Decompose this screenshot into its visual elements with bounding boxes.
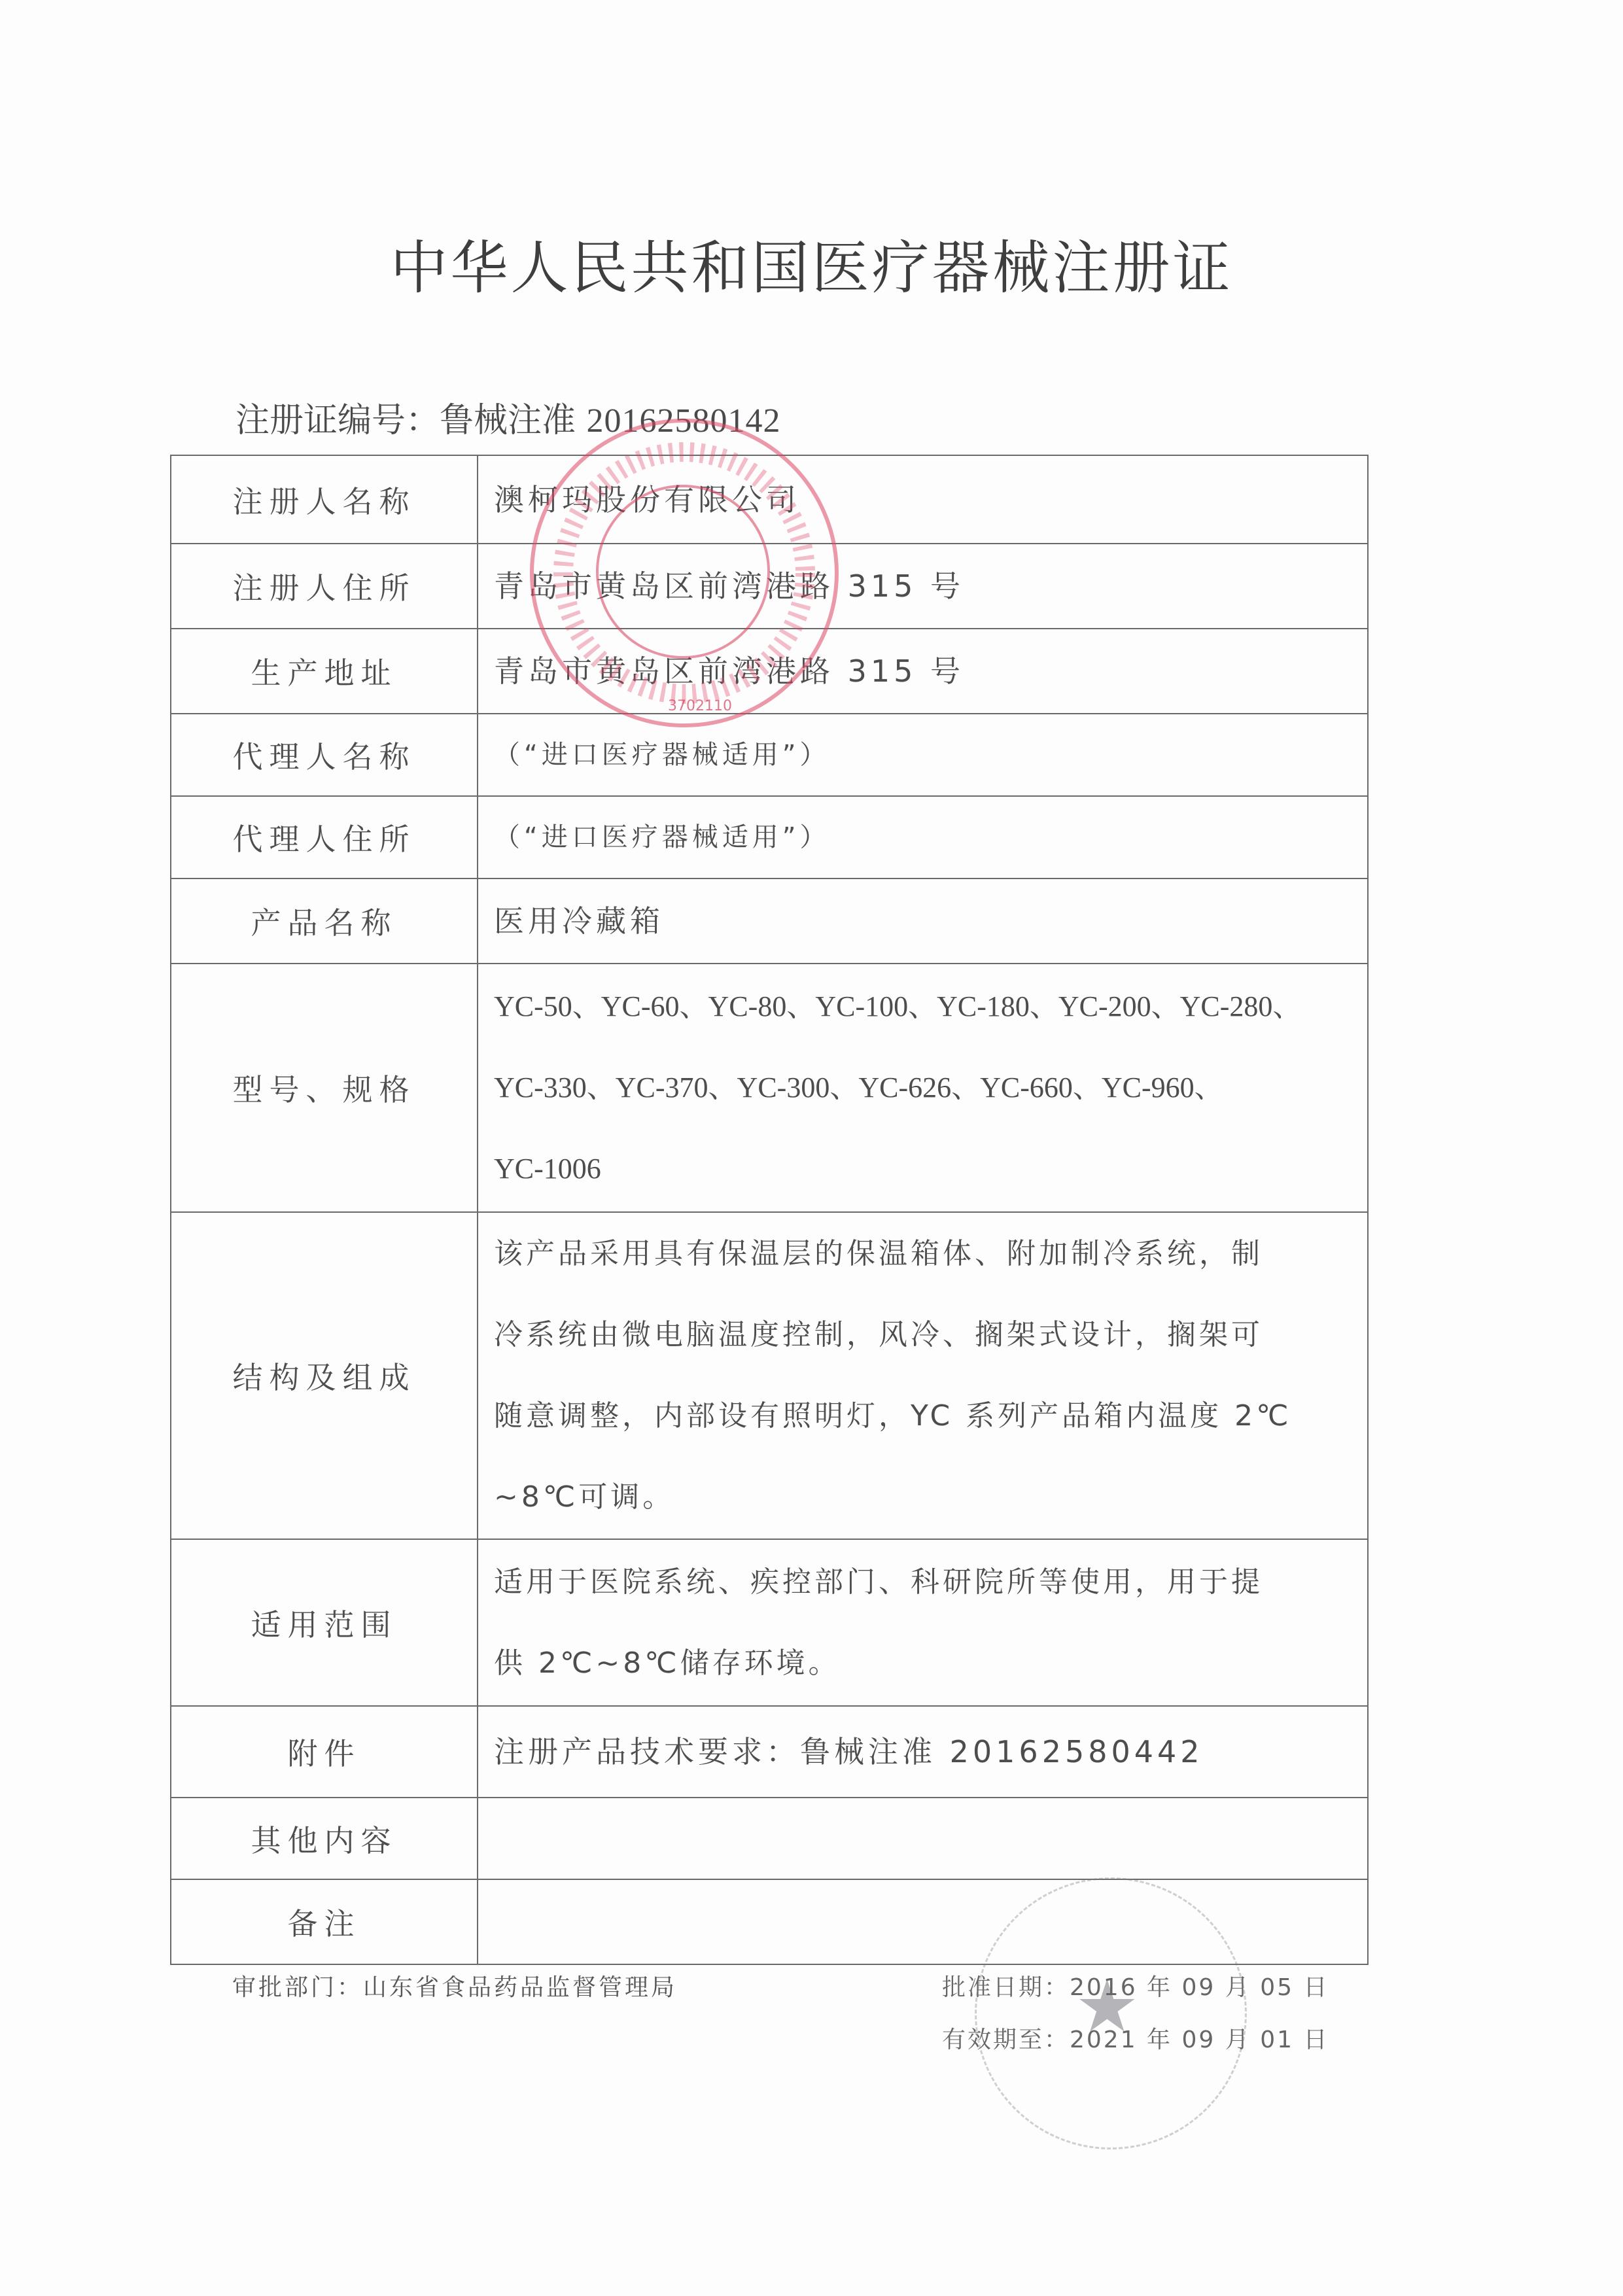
row-label-production-address: 生产地址 [171,629,478,714]
structure-line: 随意调整，内部设有照明灯，YC 系列产品箱内温度 2℃ [494,1376,1354,1457]
model-spec-line: YC-330、YC-370、YC-300、YC-626、YC-660、YC-96… [494,1047,1354,1128]
row-value-registrant-name: 澳柯玛股份有限公司 [478,455,1368,544]
model-spec-line: YC-50、YC-60、YC-80、YC-100、YC-180、YC-200、Y… [494,966,1354,1047]
row-value-agent-address: （“进口医疗器械适用”） [478,796,1368,878]
registration-number-label: 注册证编号： [236,401,440,440]
row-value-other [478,1798,1368,1879]
structure-line: ~8℃可调。 [494,1457,1354,1538]
row-value-structure: 该产品采用具有保温层的保温箱体、附加制冷系统，制 冷系统由微电脑温度控制，风冷、… [478,1212,1368,1539]
scope-line: 供 2℃~8℃储存环境。 [494,1623,1354,1704]
table-row: 附件 注册产品技术要求：鲁械注准 20162580442 [171,1706,1368,1798]
row-value-model-spec: YC-50、YC-60、YC-80、YC-100、YC-180、YC-200、Y… [478,964,1368,1212]
row-value-agent-name: （“进口医疗器械适用”） [478,714,1368,796]
row-label-product-name: 产品名称 [171,878,478,964]
row-label-agent-name: 代理人名称 [171,714,478,796]
certificate-title: 中华人民共和国医疗器械注册证 [0,222,1623,305]
table-row: 注册人住所 青岛市黄岛区前湾港路 315 号 [171,544,1368,629]
structure-line: 冷系统由微电脑温度控制，风冷、搁架式设计，搁架可 [494,1295,1354,1376]
row-label-structure: 结构及组成 [171,1212,478,1539]
registration-number: 注册证编号：鲁械注准 20162580142 [236,392,781,442]
row-value-product-name: 医用冷藏箱 [478,878,1368,964]
table-row: 型号、规格 YC-50、YC-60、YC-80、YC-100、YC-180、YC… [171,964,1368,1212]
row-label-registrant-name: 注册人名称 [171,455,478,544]
certificate-table: 注册人名称 澳柯玛股份有限公司 注册人住所 青岛市黄岛区前湾港路 315 号 生… [170,455,1369,1965]
valid-until-date: 有效期至：2021 年 09 月 01 日 [942,2021,1329,2055]
row-value-scope: 适用于医院系统、疾控部门、科研院所等使用，用于提 供 2℃~8℃储存环境。 [478,1539,1368,1706]
row-label-scope: 适用范围 [171,1539,478,1706]
registration-number-value: 20162580142 [587,402,781,440]
row-value-attachment: 注册产品技术要求：鲁械注准 20162580442 [478,1706,1368,1798]
row-label-other: 其他内容 [171,1798,478,1879]
table-row: 代理人名称 （“进口医疗器械适用”） [171,714,1368,796]
table-row: 适用范围 适用于医院系统、疾控部门、科研院所等使用，用于提 供 2℃~8℃储存环… [171,1539,1368,1706]
table-row: 备注 [171,1879,1368,1964]
row-label-attachment: 附件 [171,1706,478,1798]
row-label-model-spec: 型号、规格 [171,964,478,1212]
table-row: 其他内容 [171,1798,1368,1879]
approval-date: 批准日期：2016 年 09 月 05 日 [942,1969,1329,2002]
table-row: 代理人住所 （“进口医疗器械适用”） [171,796,1368,878]
row-label-agent-address: 代理人住所 [171,796,478,878]
table-row: 注册人名称 澳柯玛股份有限公司 [171,455,1368,544]
row-label-remarks: 备注 [171,1879,478,1964]
structure-line: 该产品采用具有保温层的保温箱体、附加制冷系统，制 [494,1213,1354,1295]
model-spec-line: YC-1006 [494,1128,1354,1209]
registration-number-prefix: 鲁械注准 [440,401,587,440]
row-label-registrant-address: 注册人住所 [171,544,478,629]
table-row: 产品名称 医用冷藏箱 [171,878,1368,964]
table-row: 结构及组成 该产品采用具有保温层的保温箱体、附加制冷系统，制 冷系统由微电脑温度… [171,1212,1368,1539]
table-row: 生产地址 青岛市黄岛区前湾港路 315 号 [171,629,1368,714]
row-value-registrant-address: 青岛市黄岛区前湾港路 315 号 [478,544,1368,629]
row-value-production-address: 青岛市黄岛区前湾港路 315 号 [478,629,1368,714]
row-value-remarks [478,1879,1368,1964]
approval-department: 审批部门：山东省食品药品监督管理局 [232,1969,677,2002]
scope-line: 适用于医院系统、疾控部门、科研院所等使用，用于提 [494,1542,1354,1623]
